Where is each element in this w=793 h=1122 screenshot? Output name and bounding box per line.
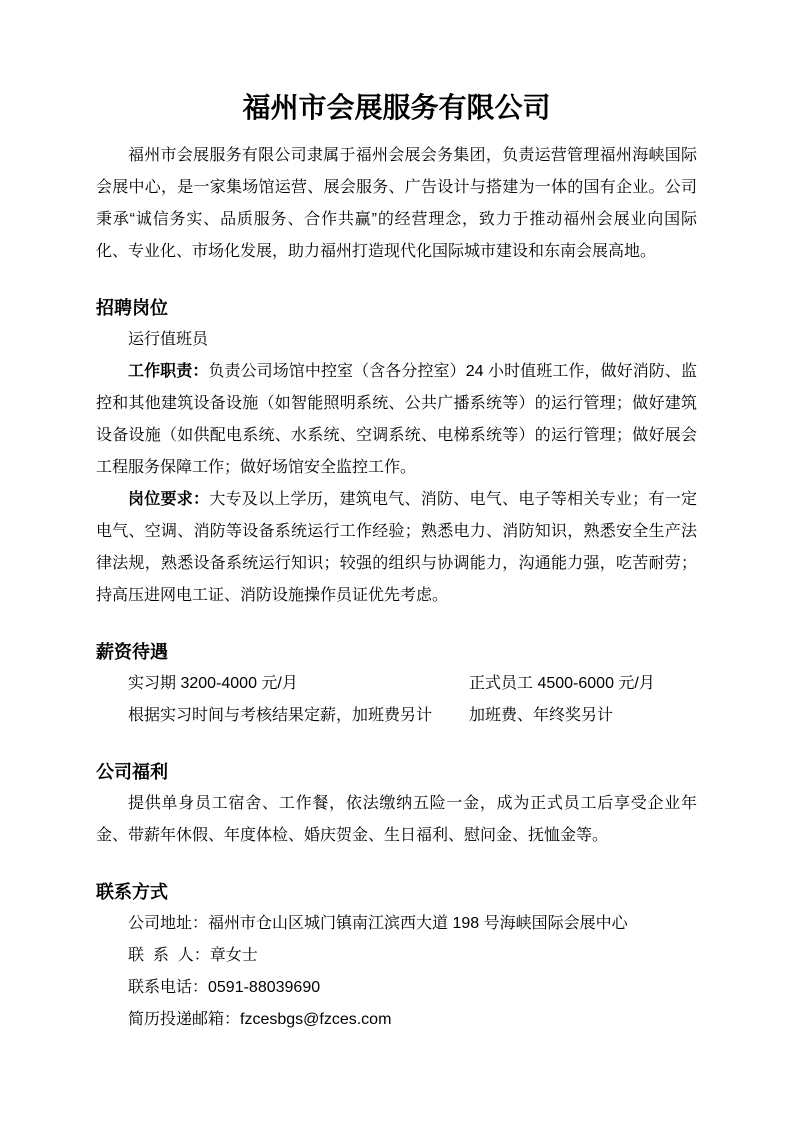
contact-email: 简历投递邮箱：fzcesbgs@fzces.com bbox=[96, 1004, 697, 1036]
document-page: 福州市会展服务有限公司 福州市会展服务有限公司隶属于福州会展会务集团，负责运营管… bbox=[0, 0, 793, 1122]
contact-phone: 联系电话：0591-88039690 bbox=[96, 972, 697, 1004]
position-name: 运行值班员 bbox=[96, 324, 697, 356]
duty-label: 工作职责： bbox=[128, 363, 208, 380]
contact-person: 联 系 人：章女士 bbox=[96, 940, 697, 972]
requirement-label: 岗位要求： bbox=[128, 491, 209, 508]
salary-row-notes: 根据实习时间与考核结果定薪，加班费另计 加班费、年终奖另计 bbox=[96, 700, 697, 732]
section-welfare: 公司福利 提供单身员工宿舍、工作餐，依法缴纳五险一金，成为正式员工后享受企业年金… bbox=[96, 756, 697, 852]
section-heading-recruit: 招聘岗位 bbox=[96, 292, 697, 324]
requirement-paragraph: 岗位要求：大专及以上学历，建筑电气、消防、电气、电子等相关专业；有一定电气、空调… bbox=[96, 484, 697, 612]
salary-regular-amount: 正式员工 4500-6000 元/月 bbox=[469, 668, 697, 700]
salary-intern-note: 根据实习时间与考核结果定薪，加班费另计 bbox=[128, 700, 469, 732]
section-heading-salary: 薪资待遇 bbox=[96, 636, 697, 668]
page-title: 福州市会展服务有限公司 bbox=[96, 90, 697, 126]
section-contact: 联系方式 公司地址：福州市仓山区城门镇南江滨西大道 198 号海峡国际会展中心 … bbox=[96, 876, 697, 1036]
intro-paragraph: 福州市会展服务有限公司隶属于福州会展会务集团，负责运营管理福州海峡国际会展中心，… bbox=[96, 140, 697, 268]
salary-intern-amount: 实习期 3200-4000 元/月 bbox=[128, 668, 469, 700]
section-salary: 薪资待遇 实习期 3200-4000 元/月 正式员工 4500-6000 元/… bbox=[96, 636, 697, 732]
section-recruit: 招聘岗位 运行值班员 工作职责：负责公司场馆中控室（含各分控室）24 小时值班工… bbox=[96, 292, 697, 612]
salary-row-amounts: 实习期 3200-4000 元/月 正式员工 4500-6000 元/月 bbox=[96, 668, 697, 700]
duty-paragraph: 工作职责：负责公司场馆中控室（含各分控室）24 小时值班工作，做好消防、监控和其… bbox=[96, 356, 697, 484]
salary-regular-note: 加班费、年终奖另计 bbox=[469, 700, 697, 732]
section-heading-contact: 联系方式 bbox=[96, 876, 697, 908]
section-heading-welfare: 公司福利 bbox=[96, 756, 697, 788]
welfare-paragraph: 提供单身员工宿舍、工作餐，依法缴纳五险一金，成为正式员工后享受企业年金、带薪年休… bbox=[96, 788, 697, 852]
contact-address: 公司地址：福州市仓山区城门镇南江滨西大道 198 号海峡国际会展中心 bbox=[96, 908, 697, 940]
